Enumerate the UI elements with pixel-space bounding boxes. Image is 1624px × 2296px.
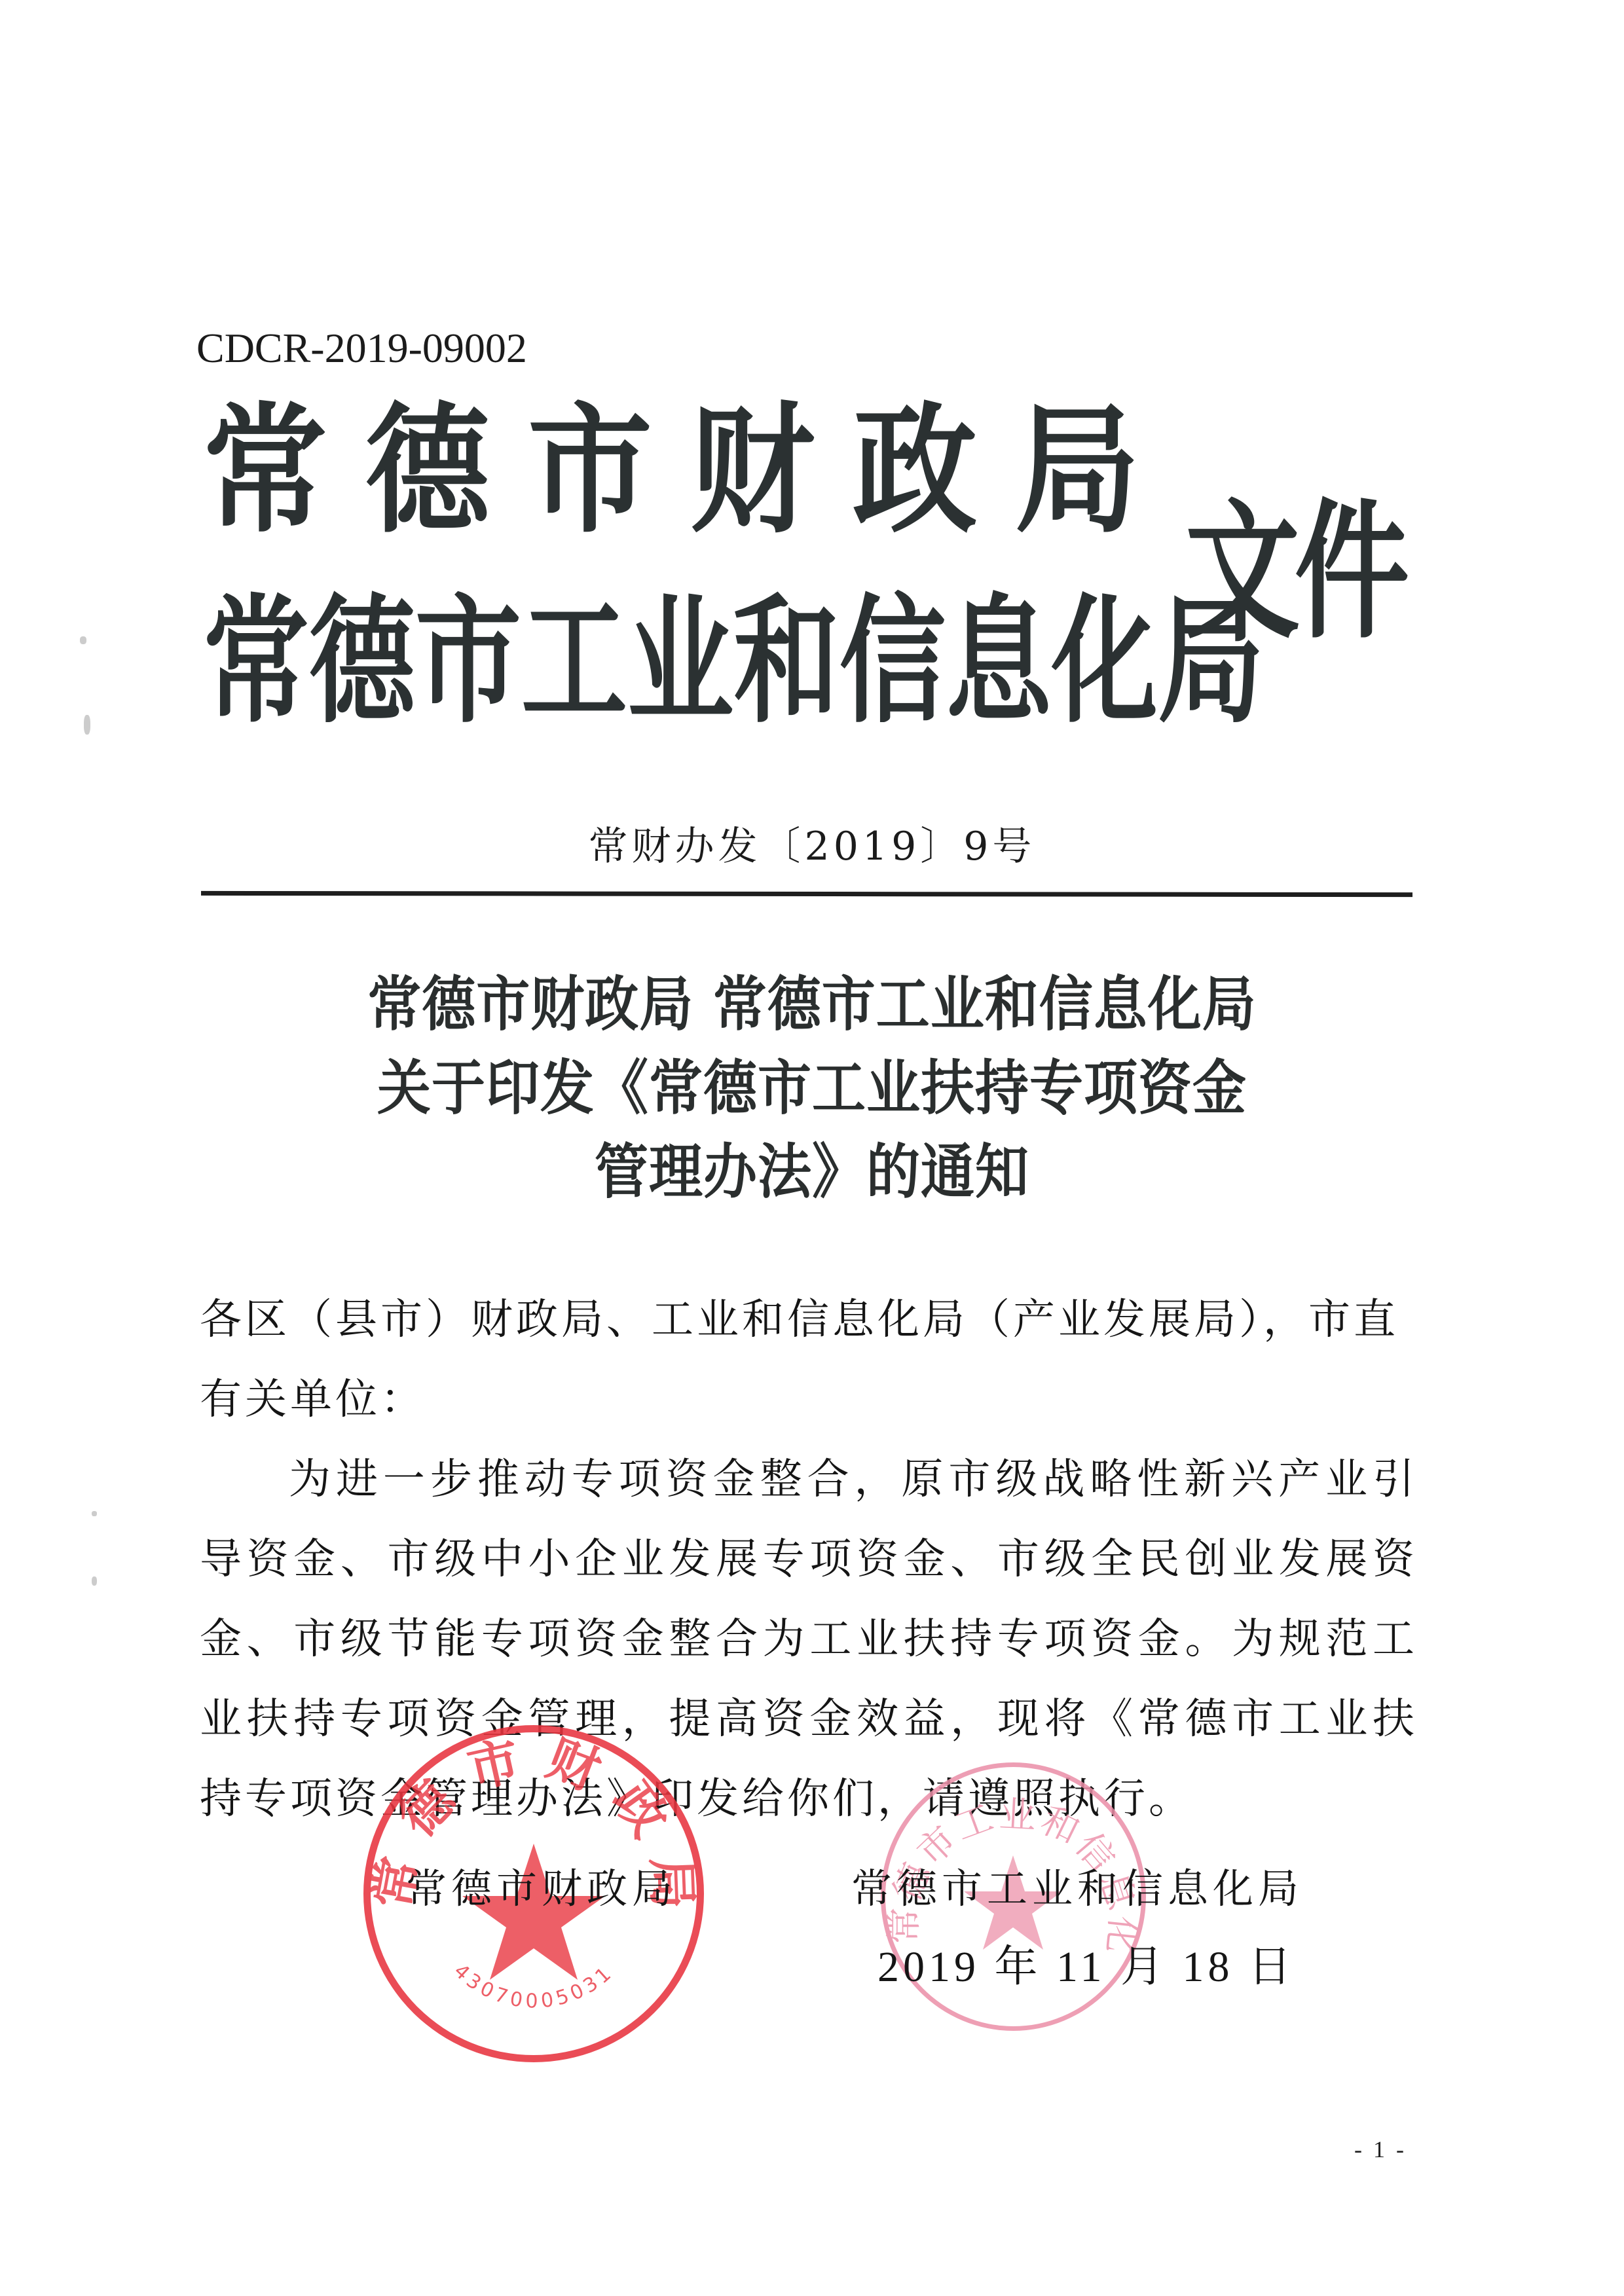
document-page: CDCR-2019-09002 常德市财政局 常德市工业和信息化局 文件 常财办… — [0, 0, 1624, 2296]
title-line: 常德市财政局 常德市工业和信息化局 — [0, 958, 1624, 1051]
scan-mark — [92, 1576, 97, 1586]
title-line: 关于印发《常德市工业扶持专项资金 — [0, 1042, 1624, 1135]
issuer-name-finance: 常德市财政局 — [203, 401, 1177, 540]
signature-date: 2019 年 11 月 18 日 — [877, 1931, 1295, 1994]
scan-mark — [92, 1511, 97, 1516]
document-code: CDCR-2019-09002 — [196, 324, 527, 373]
document-suffix: 文件 — [1185, 498, 1404, 647]
page-number: - 1 - — [1354, 2136, 1407, 2163]
document-number: 常财办发〔2019〕9号 — [0, 815, 1624, 871]
document-title: 常德市财政局 常德市工业和信息化局 关于印发《常德市工业扶持专项资金 管理办法》… — [0, 962, 1624, 1214]
signature-finance: 常德市财政局 — [406, 1856, 677, 1914]
scan-mark — [80, 636, 86, 644]
title-line: 管理办法》的通知 — [0, 1126, 1624, 1218]
header-divider — [201, 891, 1412, 897]
issuer-name-industry: 常德市工业和信息化局 — [203, 592, 1264, 731]
signature-industry: 常德市工业和信息化局 — [851, 1856, 1303, 1914]
scan-mark — [84, 715, 90, 735]
salutation: 各区（县市）财政局、工业和信息化局（产业发展局），市直有关单位： — [200, 1280, 1418, 1440]
